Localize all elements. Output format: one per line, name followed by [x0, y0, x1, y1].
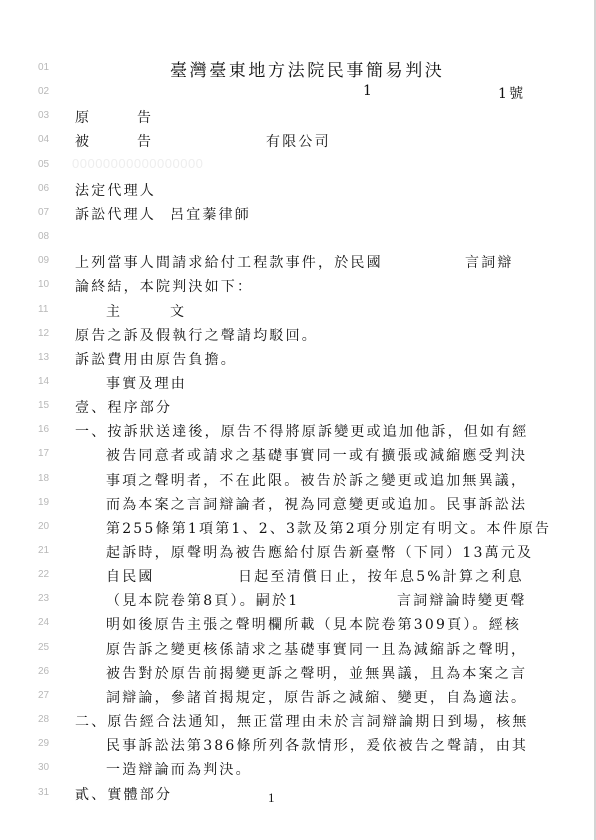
line-text: 第255條第1項第1、2、3款及第2項分別定有明文。本件原告: [106, 518, 551, 538]
document-line: 04被告有限公司: [0, 130, 596, 154]
line-text: 法定代理人: [75, 180, 156, 200]
line-number: 29: [38, 738, 68, 749]
line-text: 被告同意者或請求之基礎事實同一或有擴張或減縮應受判決: [106, 445, 527, 465]
document-line: 24明如後原告主張之聲明欄所載（見本院卷第309頁）。經核: [0, 613, 596, 637]
line-text: 告: [137, 131, 153, 151]
line-text: 言詞辯: [465, 252, 514, 272]
line-number: 02: [38, 86, 68, 97]
line-number: 22: [38, 569, 68, 580]
document-line: 14事實及理由: [0, 372, 596, 396]
page-number: 1: [268, 790, 275, 806]
line-text: 事實及理由: [106, 373, 187, 393]
document-line: 0500000000000000000: [0, 155, 596, 179]
line-number: 10: [38, 279, 68, 290]
line-number: 09: [38, 255, 68, 266]
line-text: 訴訟代理人: [75, 204, 156, 224]
line-text: 原告訴之變更核係請求之基礎事實同一且為減縮訴之聲明，: [106, 639, 527, 659]
line-number: 11: [38, 304, 68, 315]
line-number: 03: [38, 110, 68, 121]
document-line: 22自民國日起至清償日止，按年息5%計算之利息: [0, 565, 596, 589]
document-page: 01臺灣臺東地方法院民事簡易判決0211號03原告04被告有限公司0500000…: [0, 0, 596, 840]
document-line: 17被告同意者或請求之基礎事實同一或有擴張或減縮應受判決: [0, 444, 596, 468]
line-text: 1號: [498, 83, 525, 103]
document-line: 30一造辯論而為判決。: [0, 758, 596, 782]
line-number: 01: [38, 62, 68, 73]
line-text: 貳、實體部分: [75, 784, 172, 804]
line-number: 06: [38, 183, 68, 194]
line-text: 論終結，本院判決如下：: [75, 276, 253, 296]
line-number: 31: [38, 787, 68, 798]
line-number: 20: [38, 521, 68, 532]
line-number: 19: [38, 497, 68, 508]
line-number: 26: [38, 666, 68, 677]
line-number: 13: [38, 352, 68, 363]
document-line: 0211號: [0, 82, 596, 106]
line-text: 日起至清償日止，按年息5%計算之利息: [238, 566, 524, 586]
line-text: 明如後原告主張之聲明欄所載（見本院卷第309頁）。經核: [106, 614, 521, 634]
line-number: 18: [38, 473, 68, 484]
document-line: 01臺灣臺東地方法院民事簡易判決: [0, 58, 596, 82]
document-line: 15壹、程序部分: [0, 396, 596, 420]
line-text: 自民國: [106, 566, 155, 586]
document-line: 26被告對於原告前揭變更訴之聲明，並無異議，且為本案之言: [0, 662, 596, 686]
document-line: 07訴訟代理人呂宜蓁律師: [0, 203, 596, 227]
document-line: 11主文: [0, 300, 596, 324]
document-line: 31貳、實體部分: [0, 783, 596, 807]
line-number: 17: [38, 448, 68, 459]
line-number: 23: [38, 593, 68, 604]
document-title: 臺灣臺東地方法院民事簡易判決: [170, 56, 444, 81]
line-number: 30: [38, 762, 68, 773]
line-number: 27: [38, 690, 68, 701]
line-number: 21: [38, 545, 68, 556]
line-text: 民事訴訟法第386條所列各款情形，爰依被告之聲請，由其: [106, 735, 528, 755]
line-number: 24: [38, 617, 68, 628]
line-number: 25: [38, 642, 68, 653]
line-number: 08: [38, 231, 68, 242]
document-line: 29民事訴訟法第386條所列各款情形，爰依被告之聲請，由其: [0, 734, 596, 758]
line-number: 04: [38, 134, 68, 145]
document-line: 10論終結，本院判決如下：: [0, 275, 596, 299]
line-number: 16: [38, 424, 68, 435]
document-line: 28二、原告經合法通知，無正當理由未於言詞辯論期日到場，核無: [0, 710, 596, 734]
line-text: 一、按訴狀送達後，原告不得將原訴變更或追加他訴，但如有經: [75, 421, 529, 441]
line-text: 原告之訴及假執行之聲請均駁回。: [75, 325, 318, 345]
document-line: 21起訴時，原聲明為被告應給付原告新臺幣（下同）13萬元及: [0, 541, 596, 565]
document-line: 20第255條第1項第1、2、3款及第2項分別定有明文。本件原告: [0, 517, 596, 541]
line-text: 訴訟費用由原告負擔。: [75, 349, 237, 369]
line-text: 壹、程序部分: [75, 397, 172, 417]
line-number: 15: [38, 400, 68, 411]
line-number: 14: [38, 376, 68, 387]
line-number: 28: [38, 714, 68, 725]
line-number: 05: [38, 159, 68, 170]
line-text: 00000000000000000: [72, 156, 203, 171]
document-line: 09上列當事人間請求給付工程款事件，於民國言詞辯: [0, 251, 596, 275]
line-number: 12: [38, 328, 68, 339]
line-text: 主: [106, 301, 122, 321]
document-line: 03原告: [0, 106, 596, 130]
document-line: 12原告之訴及假執行之聲請均駁回。: [0, 324, 596, 348]
line-text: 被: [75, 131, 91, 151]
document-line: 23（見本院卷第8頁）。嗣於1言詞辯論時變更聲: [0, 589, 596, 613]
document-line: 25原告訴之變更核係請求之基礎事實同一且為減縮訴之聲明，: [0, 638, 596, 662]
document-line: 13訴訟費用由原告負擔。: [0, 348, 596, 372]
line-text: 二、原告經合法通知，無正當理由未於言詞辯論期日到場，核無: [75, 711, 529, 731]
line-text: 有限公司: [266, 131, 331, 151]
document-line: 06法定代理人: [0, 179, 596, 203]
line-text: 一造辯論而為判決。: [106, 759, 252, 779]
line-text: 事項之聲明者，不在此限。被告於訴之變更或追加無異議，: [106, 470, 527, 490]
document-line: 27詞辯論，參諸首揭規定，原告訴之減縮、變更，自為適法。: [0, 686, 596, 710]
line-text: 1: [363, 83, 374, 99]
line-text: 文: [170, 301, 186, 321]
line-text: （見本院卷第8頁）。嗣於1: [106, 590, 299, 610]
line-text: 上列當事人間請求給付工程款事件，於民國: [75, 252, 383, 272]
document-line: 19而為本案之言詞辯論者，視為同意變更或追加。民事訴訟法: [0, 493, 596, 517]
line-number: 07: [38, 207, 68, 218]
line-text: 起訴時，原聲明為被告應給付原告新臺幣（下同）13萬元及: [106, 542, 533, 562]
line-text: 告: [137, 107, 153, 127]
line-text: 被告對於原告前揭變更訴之聲明，並無異議，且為本案之言: [106, 663, 527, 683]
line-text: 呂宜蓁律師: [170, 204, 251, 224]
line-text: 詞辯論，參諸首揭規定，原告訴之減縮、變更，自為適法。: [106, 687, 527, 707]
document-line: 16一、按訴狀送達後，原告不得將原訴變更或追加他訴，但如有經: [0, 420, 596, 444]
document-line: 18事項之聲明者，不在此限。被告於訴之變更或追加無異議，: [0, 469, 596, 493]
line-text: 言詞辯論時變更聲: [397, 590, 527, 610]
line-text: 原: [75, 107, 91, 127]
line-text: 而為本案之言詞辯論者，視為同意變更或追加。民事訴訟法: [106, 494, 527, 514]
document-line: 08: [0, 227, 596, 251]
